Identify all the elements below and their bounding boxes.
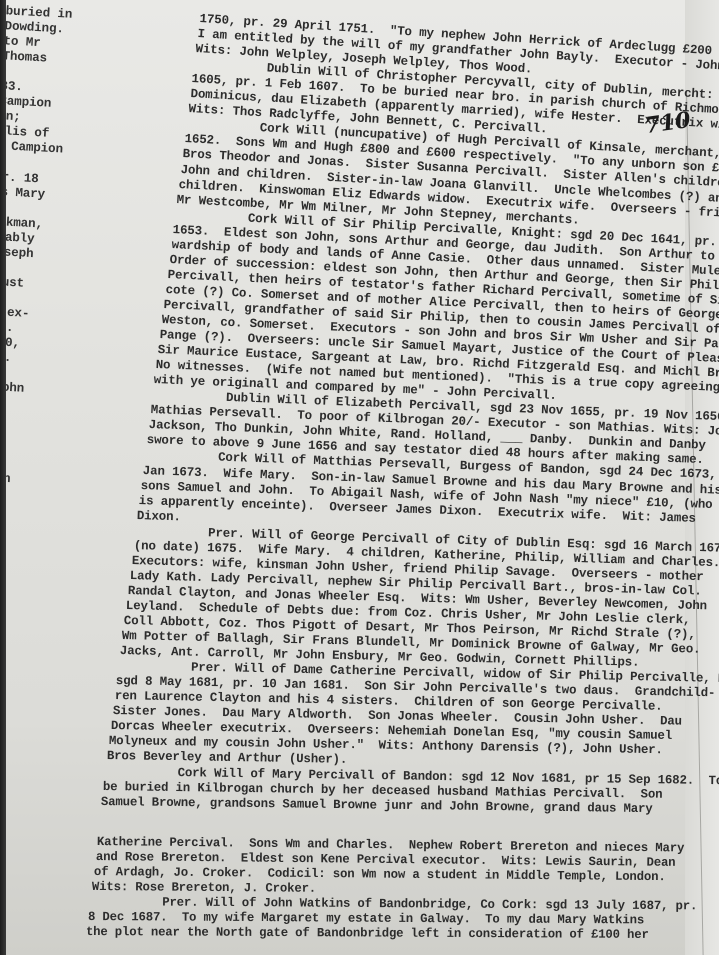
binding-shadow [0, 0, 6, 955]
left-margin-fragments: buried inDowding.to MrThomas83.Campionon… [0, 4, 80, 8]
document-photo: buried inDowding.to MrThomas83.Campionon… [0, 0, 719, 955]
typewritten-page: buried inDowding.to MrThomas83.Campionon… [0, 0, 719, 955]
margin-fragment: ookman, [0, 215, 43, 232]
margin-fragment: llis of [0, 124, 49, 141]
text-line: Wits: Rose Brereton, J. Croker. [92, 880, 316, 896]
text-line: Dixon. [137, 509, 181, 524]
handwritten-page-number: 710 [643, 107, 692, 139]
margin-fragment: Thomas [2, 49, 47, 65]
margin-fragment: us Mary [0, 185, 45, 202]
margin-fragment: d Campion [0, 139, 63, 156]
text-line: the plot near the North gate of Bandonbr… [86, 925, 649, 942]
margin-fragment: to Mr [3, 34, 41, 50]
margin-fragment: Campion [0, 94, 52, 111]
